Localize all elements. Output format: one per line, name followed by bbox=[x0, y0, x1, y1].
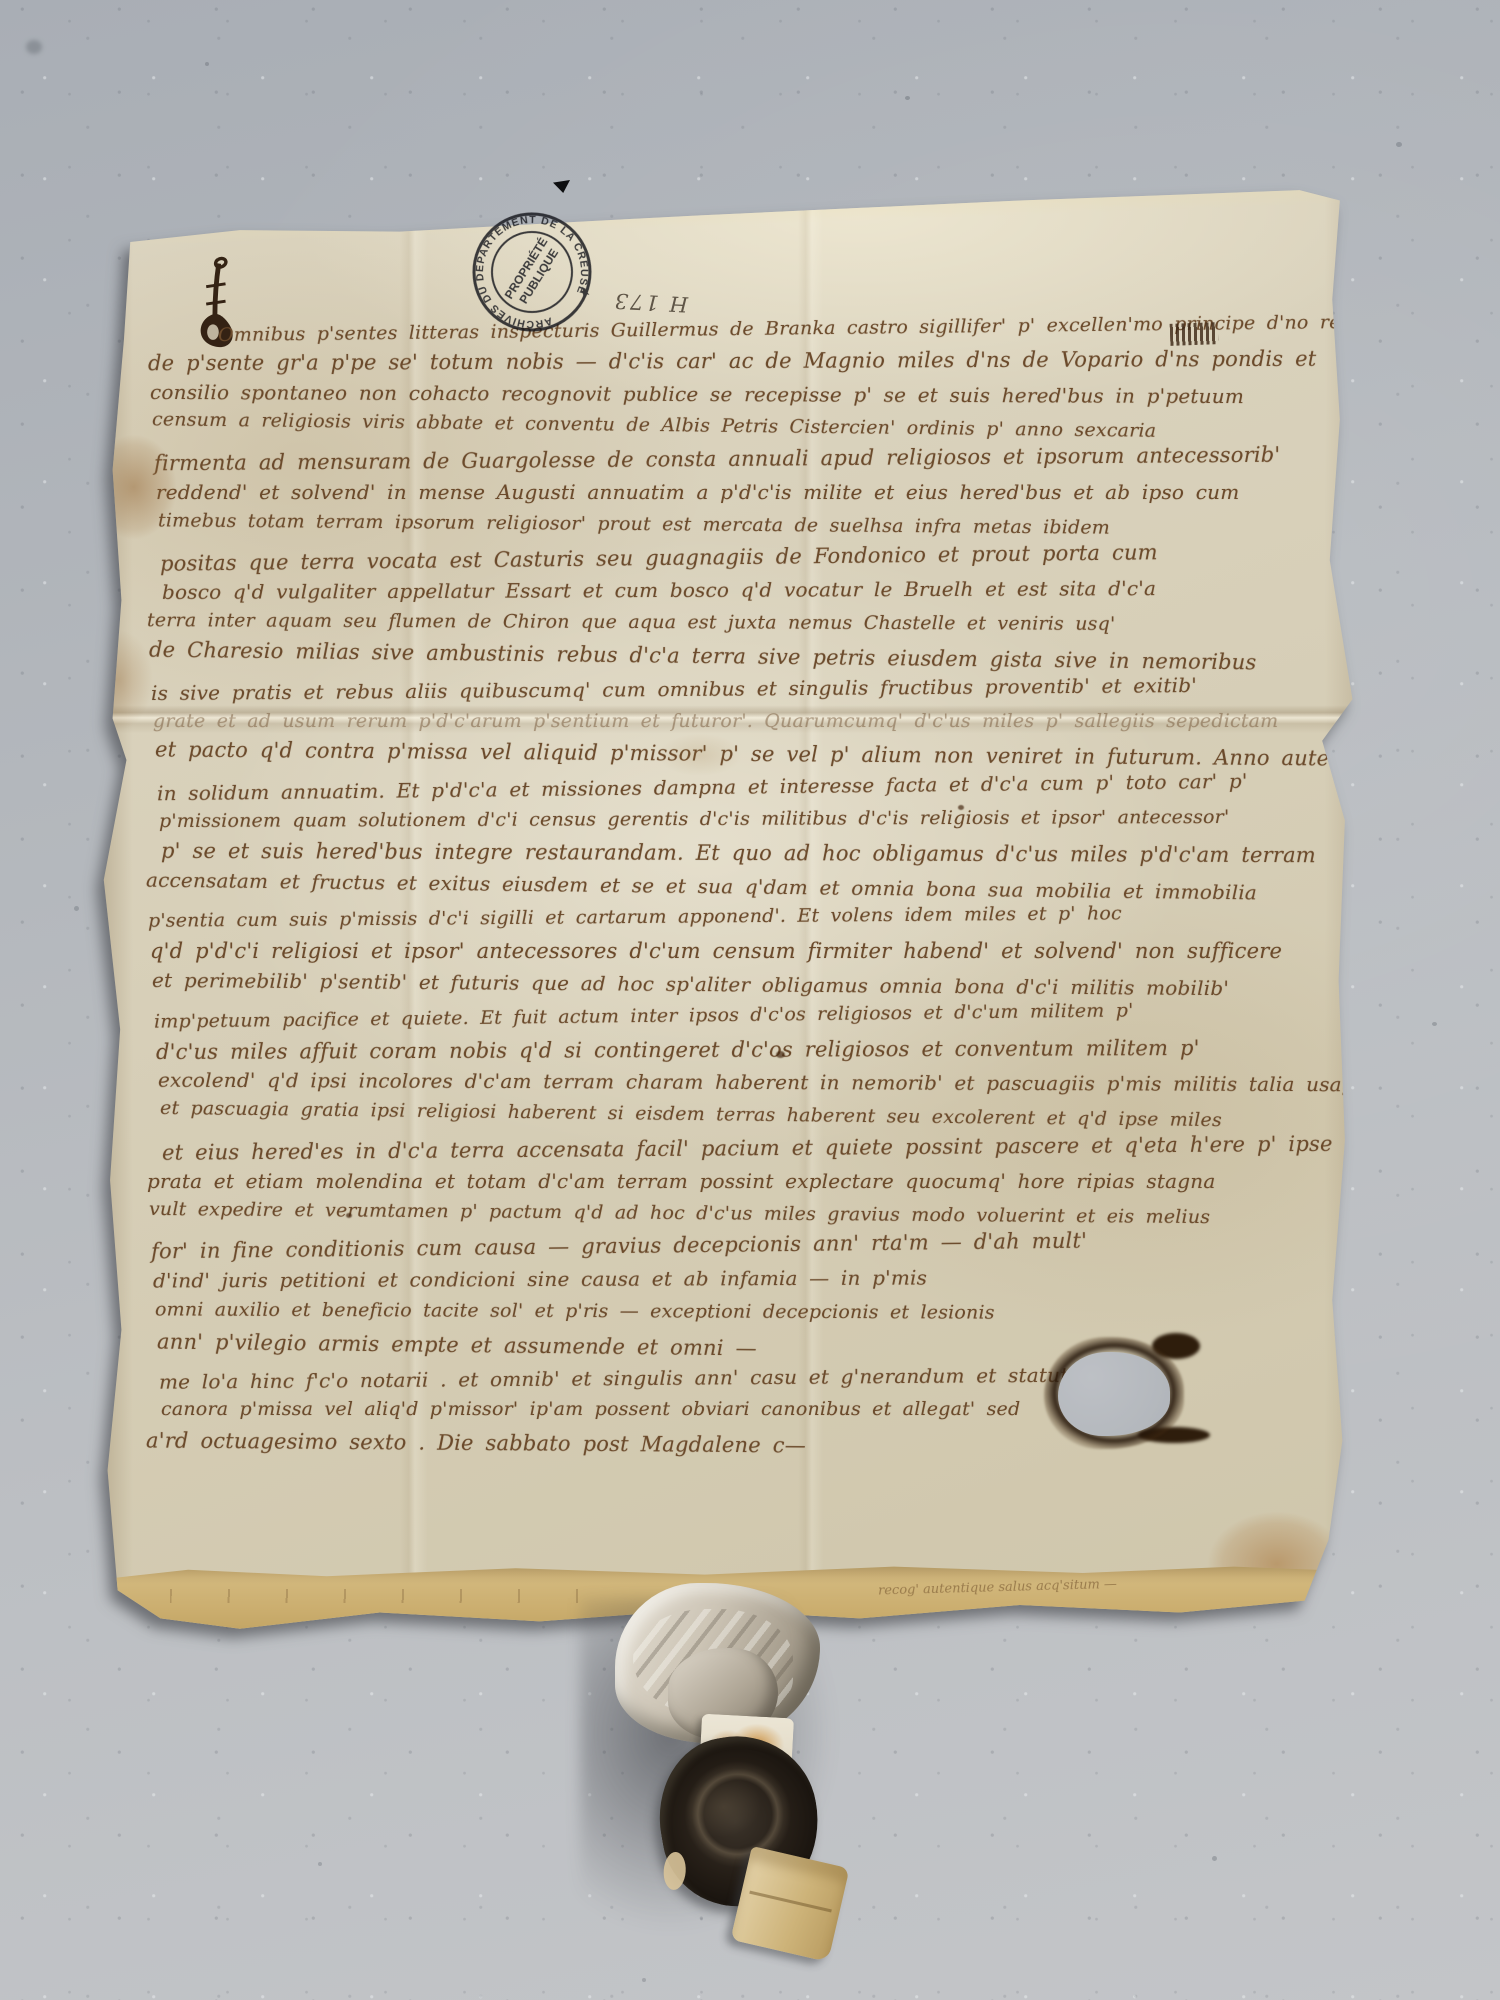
line-end-flourish bbox=[1170, 322, 1219, 346]
manuscript-line: p'sentia cum suis p'missis d'c'i sigilli… bbox=[148, 903, 1122, 932]
manuscript-line: q'd p'd'c'i religiosi et ipsor' antecess… bbox=[150, 939, 1282, 963]
manuscript-line: in solidum annuatim. Et p'd'c'a et missi… bbox=[157, 769, 1248, 806]
manuscript-line: et perimebilib' p'sentib' et futuris que… bbox=[152, 968, 1229, 1000]
plica-faint-marks bbox=[170, 1589, 590, 1603]
parchment-charter: Omnibus p'sentes litteras inspecturis Gu… bbox=[100, 165, 1360, 1645]
manuscript-line: d'c'us miles affuit coram nobis q'd si c… bbox=[156, 1036, 1200, 1064]
manuscript-line: vult expedire et verumtamen p' pactum q'… bbox=[149, 1198, 1210, 1228]
manuscript-line: accensatam et fructus et exitus eiusdem … bbox=[146, 867, 1257, 904]
manuscript-line: et eius hered'es in d'c'a terra accensat… bbox=[162, 1131, 1402, 1165]
manuscript-line: et pacto q'd contra p'missa vel aliquid … bbox=[155, 738, 1350, 771]
manuscript-line: timebus totam terram ipsorum religiosor'… bbox=[158, 509, 1110, 538]
manuscript-line: censum a religiosis viris abbate et conv… bbox=[152, 409, 1156, 443]
manuscript-line: a'rd octuagesimo sexto . Die sabbato pos… bbox=[146, 1429, 806, 1458]
manuscript-line: me lo'a hinc f'c'o notarii . et omnib' e… bbox=[159, 1362, 1123, 1393]
photo-backdrop: Omnibus p'sentes litteras inspecturis Gu… bbox=[0, 0, 1500, 2000]
manuscript-line: for' in fine conditionis cum causa — gra… bbox=[151, 1229, 1087, 1264]
manuscript-line: excolend' q'd ipsi incolores d'c'am terr… bbox=[158, 1068, 1374, 1097]
manuscript-line: ann' p'vilegio armis empte et assumende … bbox=[157, 1329, 757, 1360]
manuscript-line: canora p'missa vel aliq'd p'missor' ip'a… bbox=[161, 1398, 1020, 1420]
manuscript-line: p' se et suis hered'bus integre restaura… bbox=[161, 839, 1316, 867]
manuscript-line: reddend' et solvend' in mense Augusti an… bbox=[156, 480, 1239, 504]
manuscript-line: de Charesio milias sive ambustinis rebus… bbox=[149, 638, 1257, 675]
manuscript-line: grate et ad usum rerum p'd'c'arum p'sent… bbox=[153, 710, 1278, 732]
ink-spot bbox=[776, 1051, 785, 1058]
stamp-star: ★ bbox=[577, 283, 592, 300]
manuscript-line: d'ind' juris petitioni et condicioni sin… bbox=[153, 1266, 927, 1293]
manuscript-line: positas que terra vocata est Casturis se… bbox=[160, 540, 1158, 575]
manuscript-line: bosco q'd vulgaliter appellatur Essart e… bbox=[162, 576, 1156, 604]
manuscript-line: p'missionem quam solutionem d'c'i census… bbox=[159, 806, 1229, 832]
manuscript-line: imp'petuum pacifice et quiete. Et fuit a… bbox=[154, 999, 1134, 1032]
ink-spot bbox=[346, 1213, 352, 1218]
manuscript-line: de p'sente gr'a p'pe se' totum nobis — d… bbox=[148, 347, 1316, 375]
manuscript-line: firmenta ad mensuram de Guargolesse de c… bbox=[154, 443, 1281, 476]
ink-spot bbox=[958, 805, 964, 810]
shelfmark-label: H 173 bbox=[597, 288, 688, 317]
manuscript-line: is sive pratis et rebus aliis quibuscumq… bbox=[151, 673, 1197, 705]
manuscript-line: et pascuagia gratia ipsi religiosi haber… bbox=[160, 1097, 1222, 1131]
manuscript-line: terra inter aquam seu flumen de Chiron q… bbox=[147, 609, 1115, 635]
manuscript-line: consilio spontaneo non cohacto recognovi… bbox=[150, 379, 1244, 407]
manuscript-line: omni auxilio et beneficio tacite sol' et… bbox=[155, 1298, 995, 1323]
manuscript-line: Omnibus p'sentes litteras inspecturis Gu… bbox=[218, 308, 1500, 346]
manuscript-line: prata et etiam molendina et totam d'c'am… bbox=[147, 1169, 1215, 1193]
parchment-hole bbox=[1058, 1352, 1170, 1436]
